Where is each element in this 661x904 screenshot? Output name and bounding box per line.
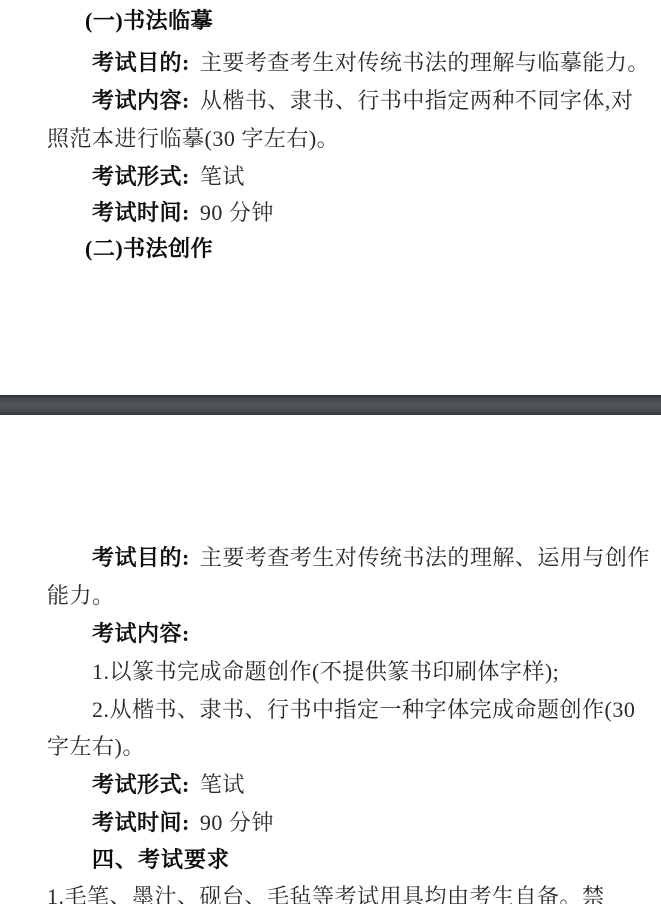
exam-format-line: 考试形式:笔试 xyxy=(47,164,661,190)
exam-purpose-label: 考试目的: xyxy=(92,50,190,75)
line-text: 主要考查考生对传统书法的理解、运用与创作 xyxy=(200,545,650,570)
exam-format-label: 考试形式: xyxy=(92,164,190,189)
exam-content-item-2-continuation: 字左右)。 xyxy=(47,734,617,760)
line-text: 主要考查考生对传统书法的理解与临摹能力。 xyxy=(200,50,650,75)
exam-duration-label: 考试时间: xyxy=(92,200,190,225)
section-heading-label: (二)书法创作 xyxy=(85,236,213,261)
line-text: 从楷书、隶书、行书中指定两种不同字体,对 xyxy=(200,88,634,113)
line-text: 1.以篆书完成命题创作(不提供篆书印刷体字样); xyxy=(92,659,559,684)
exam-requirements-item-1-clipped: 1.毛笔、墨汁、砚台、毛毡等考试用具均由考生自备。禁 xyxy=(47,884,617,904)
document-view: (一)书法临摹 考试目的:主要考查考生对传统书法的理解与临摹能力。 考试内容:从… xyxy=(0,0,661,904)
section-heading-exam-requirements: 四、考试要求 xyxy=(47,847,661,873)
line-text: 2.从楷书、隶书、行书中指定一种字体完成命题创作(30 xyxy=(92,697,635,722)
exam-content-label: 考试内容: xyxy=(92,621,190,646)
exam-format-label: 考试形式: xyxy=(92,772,190,797)
exam-content-item-2: 2.从楷书、隶书、行书中指定一种字体完成命题创作(30 xyxy=(47,697,661,723)
exam-content-line: 考试内容:从楷书、隶书、行书中指定两种不同字体,对 xyxy=(47,88,661,114)
exam-content-continuation-line: 照范本进行临摹(30 字左右)。 xyxy=(47,126,617,152)
line-text: 笔试 xyxy=(200,164,245,189)
exam-content-item-1: 1.以篆书完成命题创作(不提供篆书印刷体字样); xyxy=(47,659,661,685)
exam-purpose-continuation-line: 能力。 xyxy=(47,583,617,609)
exam-duration-label: 考试时间: xyxy=(92,810,190,835)
line-text: 字左右)。 xyxy=(47,734,145,759)
exam-purpose-line: 考试目的:主要考查考生对传统书法的理解与临摹能力。 xyxy=(47,50,661,76)
section-heading-label: (一)书法临摹 xyxy=(85,8,213,33)
line-text: 1.毛笔、墨汁、砚台、毛毡等考试用具均由考生自备。禁 xyxy=(47,884,605,904)
line-text: 能力。 xyxy=(47,583,115,608)
line-text: 照范本进行临摹(30 字左右)。 xyxy=(47,126,339,151)
page-separator-bar xyxy=(0,395,661,415)
exam-purpose-line: 考试目的:主要考查考生对传统书法的理解、运用与创作 xyxy=(47,545,661,571)
section-heading-calligraphy-creation: (二)书法创作 xyxy=(47,236,655,262)
section-heading-label: 四、考试要求 xyxy=(92,847,230,872)
exam-purpose-label: 考试目的: xyxy=(92,545,190,570)
line-text: 笔试 xyxy=(200,772,245,797)
line-text: 90 分钟 xyxy=(200,200,274,225)
exam-content-label: 考试内容: xyxy=(92,88,190,113)
section-heading-calligraphy-copying: (一)书法临摹 xyxy=(47,8,655,34)
line-text: 90 分钟 xyxy=(200,810,274,835)
exam-duration-line: 考试时间:90 分钟 xyxy=(47,810,661,836)
exam-duration-line: 考试时间:90 分钟 xyxy=(47,200,661,226)
exam-format-line: 考试形式:笔试 xyxy=(47,772,661,798)
exam-content-line: 考试内容: xyxy=(47,621,661,647)
